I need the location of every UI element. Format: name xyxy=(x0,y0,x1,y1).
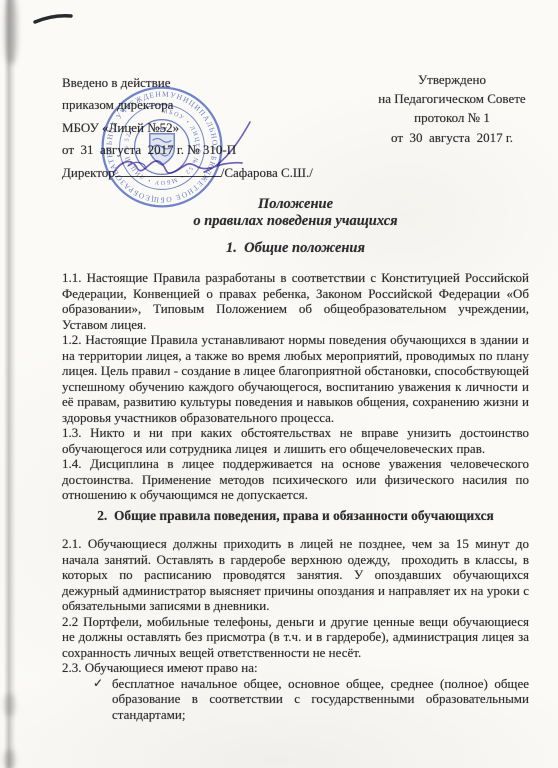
list-item: ✓ бесплатное начальное общее, основное о… xyxy=(62,676,529,723)
document-title-line-2: о правилах поведения учащихся xyxy=(62,213,529,230)
paragraph-2-1: 2.1. Обучающиеся должны приходить в лице… xyxy=(62,536,529,614)
header-right-line-3: протокол № 1 xyxy=(366,108,538,127)
pen-mark xyxy=(28,6,88,30)
paragraph-2-3: 2.3. Обучающиеся имеют право на: xyxy=(62,660,529,676)
document-body: 1.1. Настоящие Правила разработаны в соо… xyxy=(62,270,529,722)
header-right-line-1: Утверждено xyxy=(366,70,538,89)
scan-smudge xyxy=(4,750,15,768)
paragraph-1-2: 1.2. Настоящие Правила устанавливают нор… xyxy=(62,332,529,425)
scan-smudge xyxy=(4,694,15,716)
document-title: Положение о правилах поведения учащихся xyxy=(62,196,529,229)
paragraph-1-1: 1.1. Настоящие Правила разработаны в соо… xyxy=(62,270,529,332)
section-2-heading: 2. Общие правила поведения, права и обяз… xyxy=(62,508,529,524)
scan-edge-artifact xyxy=(4,0,16,768)
section-1-heading: 1. Общие положения xyxy=(62,240,529,257)
scanned-document-page: Введено в действие приказом директора МБ… xyxy=(0,0,558,768)
checkmark-icon: ✓ xyxy=(93,676,103,692)
director-signature xyxy=(100,110,280,190)
header-right-line-4: от 30 августа 2017 г. xyxy=(366,128,538,147)
header-right-line-2: на Педагогическом Совете xyxy=(366,89,538,108)
paragraph-1-4: 1.4. Дисциплина в лицее поддерживается н… xyxy=(62,456,529,503)
scan-smudge xyxy=(5,0,17,64)
document-title-line-1: Положение xyxy=(62,196,529,213)
rights-list: ✓ бесплатное начальное общее, основное о… xyxy=(62,676,529,723)
approval-block-right: Утверждено на Педагогическом Совете прот… xyxy=(366,70,538,147)
paragraph-2-2: 2.2 Портфели, мобильные телефоны, деньги… xyxy=(62,614,529,661)
paragraph-1-3: 1.3. Никто и ни при каких обстоятельства… xyxy=(62,425,529,456)
list-item-text: бесплатное начальное общее, основное общ… xyxy=(112,676,529,722)
